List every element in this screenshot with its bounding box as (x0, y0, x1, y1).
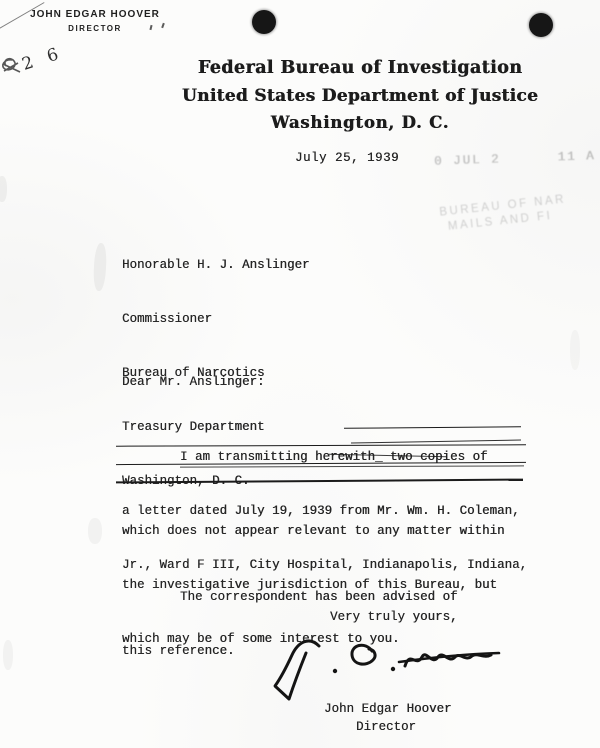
recipient-line: Commissioner (122, 310, 310, 328)
body-line: The correspondent has been advised of (122, 588, 458, 606)
signature-john-edgar-hoover (245, 626, 517, 704)
typed-signature-name: John Edgar Hoover (324, 700, 452, 718)
scan-smudge (93, 243, 107, 292)
signature-j-stroke (275, 641, 319, 699)
received-date-stamp: 0 JUL 2 11 A (434, 147, 596, 171)
scan-smudge (3, 640, 13, 670)
salutation: Dear Mr. Anslinger: (122, 373, 265, 391)
letterhead-name: JOHN EDGAR HOOVER (20, 9, 170, 20)
hole-punch-icon (529, 13, 553, 37)
scan-smudge (88, 518, 102, 544)
typed-signature-title: Director (356, 718, 416, 736)
signature-e-stroke (352, 645, 375, 664)
signature-dot (333, 669, 337, 673)
header-city: Washington, D. C. (120, 113, 600, 132)
scan-smudge (570, 330, 580, 370)
scanned-letter-page: JOHN EDGAR HOOVER DIRECTOR 2 6 Federal B… (0, 0, 600, 748)
handwritten-pencil-mark: 2 6 (0, 22, 70, 80)
recipient-line: Honorable H. J. Anslinger (122, 256, 310, 274)
body-line: which does not appear relevant to any ma… (122, 522, 505, 540)
hole-punch-icon (252, 10, 276, 34)
pencil-scribble-icon (3, 59, 20, 72)
letter-date: July 25, 1939 (295, 149, 399, 167)
header-agency: Federal Bureau of Investigation (120, 58, 600, 78)
scan-smudge (0, 176, 7, 202)
header-department: United States Department of Justice (120, 86, 600, 106)
valediction: Very truly yours, (330, 608, 458, 626)
signature-dot (391, 667, 395, 671)
pencil-number: 2 6 (20, 43, 66, 75)
bureau-of-narcotics-stamp: BUREAU OF NAR MAILS AND FI (439, 192, 569, 235)
